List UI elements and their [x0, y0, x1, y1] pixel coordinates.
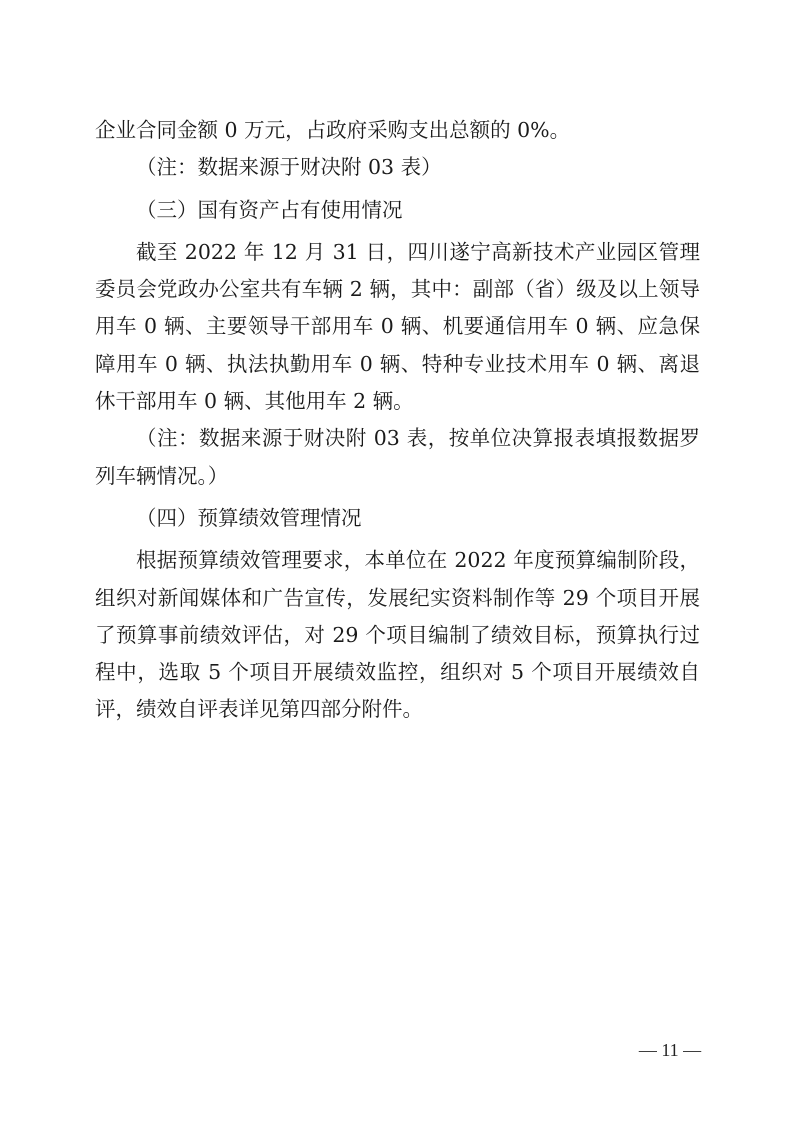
note-data-source-vehicles: （注：数据来源于财决附 03 表，按单位决算报表填报数据罗列车辆情况。） — [95, 420, 700, 495]
page-number: — 11 — — [630, 1040, 710, 1061]
section-heading-performance-management: （四）预算绩效管理情况 — [95, 500, 700, 537]
note-data-source-procurement: （注：数据来源于财决附 03 表） — [95, 149, 700, 186]
paragraph-procurement-continuation: 企业合同金额 0 万元，占政府采购支出总额的 0%。 — [95, 112, 700, 149]
section-heading-state-assets: （三）国有资产占有使用情况 — [95, 192, 700, 229]
document-page: 企业合同金额 0 万元，占政府采购支出总额的 0%。 （注：数据来源于财决附 0… — [95, 112, 700, 729]
paragraph-vehicles: 截至 2022 年 12 月 31 日，四川遂宁高新技术产业园区管理委员会党政办… — [95, 234, 700, 420]
paragraph-performance-management: 根据预算绩效管理要求，本单位在 2022 年度预算编制阶段，组织对新闻媒体和广告… — [95, 542, 700, 728]
